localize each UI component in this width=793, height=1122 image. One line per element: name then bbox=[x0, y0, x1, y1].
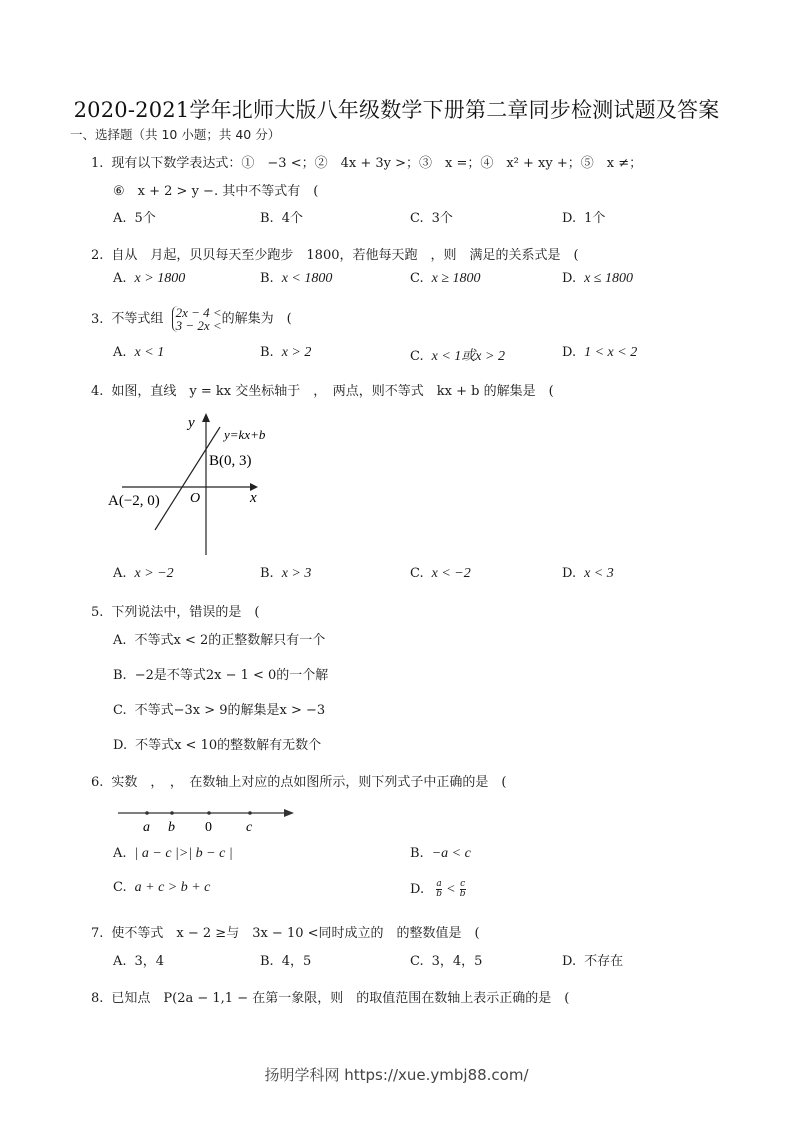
option-b[interactable]: B.4，5 bbox=[260, 950, 311, 969]
question-1-line2: ⑥ x + 2 > y −. 其中不等式有 ( bbox=[113, 180, 318, 199]
fraction-a-over-b: ab bbox=[436, 880, 442, 899]
point-b-label: B(0, 3) bbox=[209, 453, 252, 469]
option-c[interactable]: C.3个 bbox=[410, 207, 453, 226]
option-c[interactable]: C.x < −2 bbox=[410, 566, 471, 582]
option-c[interactable]: C.a + c > b + c bbox=[113, 880, 210, 896]
option-a[interactable]: A.不等式x < 2的正整数解只有一个 bbox=[113, 629, 325, 648]
line-equation-label: y=kx+b bbox=[222, 427, 266, 442]
x-axis-label: x bbox=[249, 490, 257, 506]
option-d[interactable]: D.x ≤ 1800 bbox=[562, 271, 633, 287]
option-d[interactable]: D.1 < x < 2 bbox=[562, 345, 637, 361]
section-heading: 一、选择题（共 10 小题；共 40 分） bbox=[70, 125, 280, 143]
question-number: 1. bbox=[91, 156, 103, 171]
option-a[interactable]: A.| a − c |>| b − c | bbox=[113, 846, 233, 862]
option-b[interactable]: B.−2是不等式2x − 1 < 0的一个解 bbox=[113, 664, 328, 683]
option-b[interactable]: B.x < 1800 bbox=[260, 271, 332, 287]
page-title: 2020-2021学年北师大版八年级数学下册第二章同步检测试题及答案 bbox=[0, 94, 793, 124]
option-d[interactable]: D.不存在 bbox=[562, 950, 623, 969]
origin-label: O bbox=[190, 491, 200, 506]
question-4: 4.如图，直线 y = kx 交坐标轴于 ， 两点，则不等式 kx + b 的解… bbox=[91, 380, 554, 399]
option-d[interactable]: D.x < 3 bbox=[562, 566, 614, 582]
number-line-figure: a b 0 c bbox=[110, 800, 310, 838]
inequality-system: 2x − 4 < 3 − 2x < bbox=[172, 306, 222, 332]
question-6: 6.实数 ， ， 在数轴上对应的点如图所示，则下列式子中正确的是 ( bbox=[91, 771, 506, 790]
question-8: 8.已知点 P(2a − 1,1 − 在第一象限，则 的取值范围在数轴上表示正确… bbox=[91, 987, 569, 1006]
point-c-label: c bbox=[246, 820, 253, 835]
coordinate-graph-figure: y x O y=kx+b B(0, 3) A(−2, 0) bbox=[100, 405, 280, 560]
footer-watermark: 扬明学科网 https://xue.ymbj88.com/ bbox=[0, 1064, 793, 1085]
option-c[interactable]: C.x ≥ 1800 bbox=[410, 271, 481, 287]
option-a[interactable]: A.3，4 bbox=[113, 950, 164, 969]
point-b-label: b bbox=[168, 820, 175, 835]
question-3: 3.不等式组 2x − 4 < 3 − 2x < 的解集为 ( bbox=[91, 306, 292, 332]
question-1: 1.现有以下数学表达式：① −3 <；② 4x + 3y >；③ x =；④ x… bbox=[91, 152, 642, 171]
zero-label: 0 bbox=[205, 820, 212, 835]
option-b[interactable]: B.−a < c bbox=[410, 846, 471, 862]
option-d[interactable]: D.1个 bbox=[562, 207, 605, 226]
option-a[interactable]: A.x < 1 bbox=[113, 345, 164, 361]
option-d[interactable]: D. ab < cb bbox=[410, 880, 466, 899]
option-c[interactable]: C.不等式−3x > 9的解集是x > −3 bbox=[113, 699, 325, 718]
question-5: 5.下列说法中，错误的是 ( bbox=[91, 601, 259, 620]
y-axis-label: y bbox=[186, 415, 195, 431]
option-a[interactable]: A.5个 bbox=[113, 207, 156, 226]
option-b[interactable]: B.x > 2 bbox=[260, 345, 311, 361]
option-d[interactable]: D.不等式x < 10的整数解有无数个 bbox=[113, 734, 321, 753]
option-c[interactable]: C.3，4，5 bbox=[410, 950, 482, 969]
option-a[interactable]: A.x > 1800 bbox=[113, 271, 185, 287]
option-b[interactable]: B.x > 3 bbox=[260, 566, 311, 582]
point-a-label: a bbox=[143, 820, 150, 835]
option-b[interactable]: B.4个 bbox=[260, 207, 303, 226]
option-c[interactable]: C.x < 1或x > 2 bbox=[410, 345, 505, 365]
question-text: 现有以下数学表达式：① −3 <；② 4x + 3y >；③ x =；④ x² … bbox=[111, 156, 642, 171]
question-7: 7.使不等式 x − 2 ≥与 3x − 10 <同时成立的 的整数值是 ( bbox=[91, 922, 480, 941]
question-2: 2.自从 月起，贝贝每天至少跑步 1800，若他每天跑 ，则 满足的关系式是 ( bbox=[91, 244, 579, 263]
fraction-c-over-b: cb bbox=[460, 880, 466, 899]
option-a[interactable]: A.x > −2 bbox=[113, 566, 174, 582]
point-a-label: A(−2, 0) bbox=[108, 493, 160, 509]
